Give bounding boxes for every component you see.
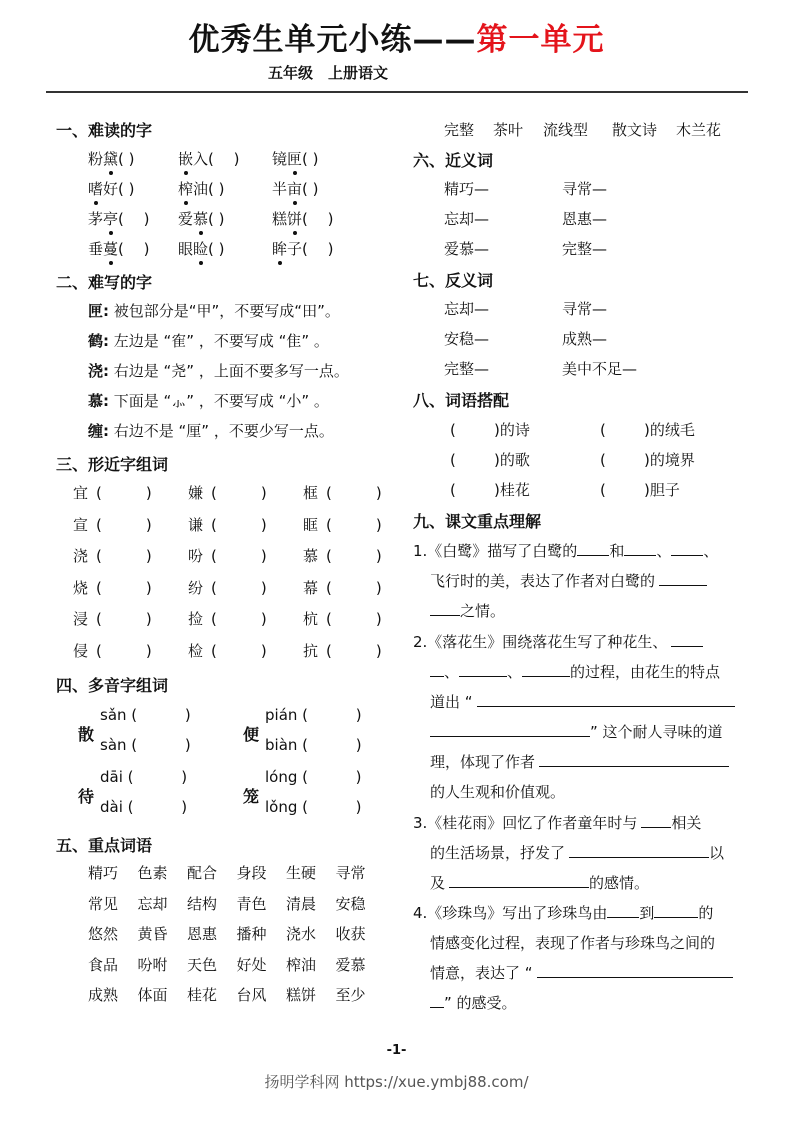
paren-close: ) (146, 516, 152, 534)
collocation-item: ( )胆子 (600, 479, 680, 500)
key-word: 黄昏 (138, 923, 168, 944)
marked-char: 榨 (178, 178, 193, 199)
question-3-line-2: 的生活场景，抒发了以 (430, 842, 724, 863)
pinyin: pián (265, 706, 297, 724)
q3-text: 3.《桂花雨》回忆了作者童年时与 (413, 814, 637, 832)
answer-paren[interactable]: ( ) (297, 768, 361, 786)
paren-open: ( (96, 579, 102, 597)
paren-close: ) (146, 547, 152, 565)
q1-text: 、 (656, 542, 671, 560)
answer-paren[interactable]: 子( ) (287, 240, 333, 258)
question-1-line-1: 1.《白鹭》描写了白鹭的和、、 (413, 540, 718, 561)
answer-paren[interactable]: ( ) (600, 421, 650, 439)
key-word: 木兰花 (676, 119, 721, 140)
marked-char: 匣 (287, 148, 302, 169)
q3-text: 以 (709, 844, 724, 862)
similar-char: 眶 (303, 516, 318, 534)
q4-text: 到 (639, 904, 654, 922)
polyphone-char: 笼 (243, 784, 259, 807)
paren-close: ) (261, 579, 267, 597)
word-text: 半 (272, 180, 287, 198)
collocation-item: ( )的诗 (450, 419, 530, 440)
marked-char: 睑 (193, 238, 208, 259)
marked-char: 饼 (287, 208, 302, 229)
section-8-heading: 八、词语搭配 (413, 388, 509, 411)
q4-text: 情意，表达了 “ (430, 964, 533, 982)
q1-text: 、 (703, 542, 718, 560)
answer-paren[interactable]: ( ) (123, 798, 187, 816)
paren-open: ( (211, 642, 217, 660)
collocation-item: ( )的绒毛 (600, 419, 695, 440)
answer-paren[interactable]: ( ) (297, 706, 361, 724)
similar-char-item: 杭() (303, 608, 382, 629)
note-text: 左边是 “隺” ，不要写成 “隹” 。 (109, 332, 329, 350)
answer-paren[interactable]: 油( ) (193, 180, 224, 198)
similar-char-item: 抗() (303, 640, 382, 661)
key-word: 食品 (88, 954, 118, 975)
q4-text: ” 的感受。 (444, 994, 517, 1012)
reading-item: pián ( ) (265, 706, 362, 724)
header-divider (46, 91, 748, 93)
marked-char: 蔓 (103, 238, 118, 259)
answer-blank[interactable] (654, 902, 698, 918)
q2-text: ” 这个耐人寻味的道 (590, 723, 723, 741)
title-unit: 第一单元 (477, 22, 605, 58)
similar-char-item: 慕() (303, 545, 382, 566)
reading-item: sǎn ( ) (100, 706, 191, 724)
similar-char-item: 嫌() (188, 482, 267, 503)
note-char: 缠: (88, 422, 109, 440)
paren-open: ( (326, 610, 332, 628)
similar-char: 侵 (73, 642, 88, 660)
question-1-line-2: 飞行时的美，表达了作者对白鹭的 (430, 570, 707, 591)
question-2-line-2: 、、的过程，由花生的特点 (430, 661, 720, 682)
key-word: 安稳 (336, 893, 366, 914)
key-word: 结构 (187, 893, 217, 914)
paren-open: ( (96, 516, 102, 534)
page-number: -1- (0, 1043, 793, 1058)
word-pair-item: 寻常— (562, 298, 607, 319)
section-4-heading: 四、多音字组词 (56, 673, 168, 696)
paren-open: ( (326, 547, 332, 565)
paren-open: ( (96, 484, 102, 502)
similar-char: 杭 (303, 610, 318, 628)
q3-text: 及 (430, 874, 445, 892)
answer-paren[interactable]: ( ) (302, 180, 318, 198)
similar-char-item: 宜() (73, 482, 152, 503)
q4-text: 的 (698, 904, 713, 922)
word-text: 糕 (272, 210, 287, 228)
pinyin: sàn (100, 736, 127, 754)
word-pair-item: 恩惠— (562, 208, 607, 229)
q2-text: 理，体现了作者 (430, 753, 535, 771)
pinyin: lǒng (265, 798, 297, 816)
question-2-line-1: 2.《落花生》围绕落花生写了种花生、 (413, 631, 703, 652)
question-2-line-4: ” 这个耐人寻味的道 (430, 721, 723, 742)
similar-char-item: 检() (188, 640, 267, 661)
key-word: 茶叶 (493, 119, 523, 140)
key-word: 常见 (88, 893, 118, 914)
collocation-text: 桂花 (500, 481, 530, 499)
key-word: 青色 (237, 893, 267, 914)
word-item: 镜匣( ) (272, 148, 319, 169)
note-char: 浇: (88, 362, 109, 380)
similar-char-item: 框() (303, 482, 382, 503)
pinyin: lóng (265, 768, 297, 786)
note-line: 浇: 右边是 “尧” ，上面不要多写一点。 (88, 360, 349, 381)
note-text: 被包部分是“甲”，不要写成“田”。 (109, 302, 340, 320)
answer-paren[interactable]: ( ) (297, 798, 361, 816)
collocation-text: 胆子 (650, 481, 680, 499)
word-item: 眸子( ) (272, 238, 334, 259)
word-text: 垂 (88, 240, 103, 258)
pinyin: dāi (100, 768, 123, 786)
answer-blank[interactable] (477, 691, 735, 707)
word-item: 嵌入( ) (178, 148, 240, 169)
similar-char-item: 吩() (188, 545, 267, 566)
question-2-line-5: 理，体现了作者 (430, 751, 729, 772)
key-word: 吩咐 (138, 954, 168, 975)
answer-paren[interactable]: 好( ) (103, 180, 134, 198)
pinyin: sǎn (100, 706, 127, 724)
pinyin: dài (100, 798, 123, 816)
word-pair-item: 完整— (444, 358, 489, 379)
marked-char: 黛 (103, 148, 118, 169)
section-5-heading: 五、重点词语 (56, 833, 152, 856)
answer-blank[interactable] (577, 540, 609, 556)
similar-char: 框 (303, 484, 318, 502)
word-pair-item: 忘却— (444, 298, 489, 319)
note-text: 下面是 “⺗” ，不要写成 “小” 。 (109, 392, 329, 410)
similar-char-item: 眶() (303, 514, 382, 535)
q4-text: 4.《珍珠鸟》写出了珍珠鸟由 (413, 904, 607, 922)
polyphone-char: 散 (78, 722, 94, 745)
key-word: 精巧 (88, 862, 118, 883)
similar-char: 宣 (73, 516, 88, 534)
key-word: 收获 (336, 923, 366, 944)
similar-char-item: 浇() (73, 545, 152, 566)
answer-paren[interactable]: ( ) (450, 451, 500, 469)
key-word: 寻常 (336, 862, 366, 883)
paren-open: ( (326, 579, 332, 597)
paren-close: ) (376, 547, 382, 565)
paren-close: ) (376, 516, 382, 534)
key-word: 浇水 (286, 923, 316, 944)
paren-close: ) (261, 484, 267, 502)
marked-char: 慕 (193, 208, 208, 229)
q3-text: 相关 (671, 814, 701, 832)
word-item: 茅亭( ) (88, 208, 150, 229)
similar-char: 吩 (188, 547, 203, 565)
note-text: 右边不是 “厘” ，不要少写一点。 (109, 422, 334, 440)
paren-close: ) (146, 484, 152, 502)
similar-char-item: 捡() (188, 608, 267, 629)
q1-text: 和 (609, 542, 624, 560)
key-word: 好处 (237, 954, 267, 975)
key-word: 完整 (444, 119, 474, 140)
answer-blank[interactable] (537, 962, 733, 978)
reading-item: dāi ( ) (100, 768, 187, 786)
key-word: 台风 (237, 984, 267, 1005)
similar-char-item: 烧() (73, 577, 152, 598)
collocation-text: 的歌 (500, 451, 530, 469)
question-4-line-3: 情意，表达了 “ (430, 962, 733, 983)
page-title: 优秀生单元小练——第一单元 (0, 14, 793, 59)
note-char: 鹤: (88, 332, 109, 350)
note-text: 右边是 “尧” ，上面不要多写一点。 (109, 362, 349, 380)
answer-blank[interactable] (430, 992, 444, 1008)
key-word: 恩惠 (187, 923, 217, 944)
question-3-line-1: 3.《桂花雨》回忆了作者童年时与相关 (413, 812, 701, 833)
paren-open: ( (96, 642, 102, 660)
paren-close: ) (376, 642, 382, 660)
paren-close: ) (261, 516, 267, 534)
key-word: 清晨 (286, 893, 316, 914)
section-3-heading: 三、形近字组词 (56, 452, 168, 475)
paren-close: ) (376, 484, 382, 502)
q2-text: 、 (507, 663, 522, 681)
answer-paren[interactable]: ( ) (118, 150, 134, 168)
paren-close: ) (261, 610, 267, 628)
paren-close: ) (376, 579, 382, 597)
question-2-line-6: 的人生观和价值观。 (430, 781, 565, 802)
key-word: 榨油 (286, 954, 316, 975)
key-word: 播种 (237, 923, 267, 944)
q3-text: 的生活场景，抒发了 (430, 844, 565, 862)
key-word: 成熟 (88, 984, 118, 1005)
collocation-text: 的境界 (650, 451, 695, 469)
note-char: 匣: (88, 302, 109, 320)
answer-paren[interactable]: 入( ) (193, 150, 239, 168)
similar-char: 幕 (303, 579, 318, 597)
similar-char: 抗 (303, 642, 318, 660)
word-pair-item: 完整— (562, 238, 607, 259)
question-4-line-1: 4.《珍珠鸟》写出了珍珠鸟由到的 (413, 902, 713, 923)
answer-blank[interactable] (569, 842, 709, 858)
marked-char: 亩 (287, 178, 302, 199)
key-word: 天色 (187, 954, 217, 975)
answer-paren[interactable]: ( ) (600, 481, 650, 499)
similar-char-item: 谦() (188, 514, 267, 535)
q4-text: 情感变化过程，表现了作者与珍珠鸟之间的 (430, 934, 715, 952)
question-4-line-4: ” 的感受。 (430, 992, 517, 1013)
word-item: 榨油( ) (178, 178, 225, 199)
word-text: 镜 (272, 150, 287, 168)
key-word: 身段 (237, 862, 267, 883)
key-word: 悠然 (88, 923, 118, 944)
paren-close: ) (146, 610, 152, 628)
page-subtitle: 五年级 上册语文 (268, 62, 388, 83)
word-item: 粉黛( ) (88, 148, 135, 169)
pinyin: biàn (265, 736, 297, 754)
site-watermark: 扬明学科网 https://xue.ymbj88.com/ (0, 1071, 793, 1092)
answer-blank[interactable] (607, 902, 639, 918)
collocation-item: ( )的歌 (450, 449, 530, 470)
key-word: 体面 (138, 984, 168, 1005)
answer-blank[interactable] (671, 540, 703, 556)
question-3-line-3: 及的感情。 (430, 872, 649, 893)
answer-blank[interactable] (624, 540, 656, 556)
collocation-text: 的绒毛 (650, 421, 695, 439)
paren-open: ( (96, 610, 102, 628)
marked-char: 眸 (272, 238, 287, 259)
similar-char-item: 宣() (73, 514, 152, 535)
word-item: 嗜好( ) (88, 178, 135, 199)
q1-text: 飞行时的美，表达了作者对白鹭的 (430, 572, 655, 590)
section-6-heading: 六、近义词 (413, 148, 493, 171)
word-pair-item: 寻常— (562, 178, 607, 199)
similar-char: 检 (188, 642, 203, 660)
paren-open: ( (211, 547, 217, 565)
note-line: 慕: 下面是 “⺗” ，不要写成 “小” 。 (88, 390, 329, 411)
key-word: 散文诗 (612, 119, 657, 140)
word-item: 半亩( ) (272, 178, 319, 199)
paren-open: ( (326, 484, 332, 502)
key-word: 忘却 (138, 893, 168, 914)
reading-item: sàn ( ) (100, 736, 191, 754)
paren-open: ( (326, 516, 332, 534)
answer-paren[interactable]: ( ) (123, 768, 187, 786)
paren-open: ( (211, 610, 217, 628)
marked-char: 嵌 (178, 148, 193, 169)
note-char: 慕: (88, 392, 109, 410)
similar-char: 宜 (73, 484, 88, 502)
key-word: 配合 (187, 862, 217, 883)
similar-char-item: 浸() (73, 608, 152, 629)
collocation-text: 的诗 (500, 421, 530, 439)
section-1-heading: 一、难读的字 (56, 118, 152, 141)
key-word: 爱慕 (336, 954, 366, 975)
similar-char: 纷 (188, 579, 203, 597)
answer-paren[interactable]: ( ) (127, 736, 191, 754)
similar-char: 浇 (73, 547, 88, 565)
similar-char: 谦 (188, 516, 203, 534)
word-pair-item: 爱慕— (444, 238, 489, 259)
q2-text: 道出 “ (430, 693, 473, 711)
paren-open: ( (96, 547, 102, 565)
answer-paren[interactable]: ( ) (450, 421, 500, 439)
answer-blank[interactable] (430, 661, 444, 677)
section-2-heading: 二、难写的字 (56, 270, 152, 293)
answer-paren[interactable]: ( ) (208, 210, 224, 228)
question-1-line-3: 之情。 (430, 600, 505, 621)
marked-char: 嗜 (88, 178, 103, 199)
key-word: 至少 (336, 984, 366, 1005)
similar-char: 浸 (73, 610, 88, 628)
answer-blank[interactable] (671, 631, 703, 647)
answer-blank[interactable] (430, 600, 460, 616)
reading-item: lǒng ( ) (265, 798, 362, 816)
answer-paren[interactable]: ( ) (450, 481, 500, 499)
polyphone-char: 待 (78, 784, 94, 807)
key-word: 桂花 (187, 984, 217, 1005)
q2-text: 、 (444, 663, 459, 681)
answer-blank[interactable] (459, 661, 507, 677)
answer-blank[interactable] (430, 721, 590, 737)
reading-item: biàn ( ) (265, 736, 362, 754)
answer-paren[interactable]: ( ) (297, 736, 361, 754)
note-line: 匣: 被包部分是“甲”，不要写成“田”。 (88, 300, 340, 321)
reading-item: dài ( ) (100, 798, 187, 816)
key-word: 流线型 (543, 119, 588, 140)
paren-open: ( (211, 484, 217, 502)
note-line: 缠: 右边不是 “厘” ，不要少写一点。 (88, 420, 334, 441)
answer-paren[interactable]: ( ) (127, 706, 191, 724)
answer-paren[interactable]: ( ) (600, 451, 650, 469)
question-2-line-3: 道出 “ (430, 691, 735, 712)
word-item: 爱慕( ) (178, 208, 225, 229)
word-item: 糕饼( ) (272, 208, 334, 229)
paren-open: ( (211, 516, 217, 534)
similar-char: 烧 (73, 579, 88, 597)
question-4-line-2: 情感变化过程，表现了作者与珍珠鸟之间的 (430, 932, 715, 953)
section-9-heading: 九、课文重点理解 (413, 509, 541, 532)
paren-close: ) (261, 547, 267, 565)
key-word: 色素 (138, 862, 168, 883)
paren-open: ( (211, 579, 217, 597)
paren-close: ) (146, 642, 152, 660)
paren-close: ) (146, 579, 152, 597)
section-7-heading: 七、反义词 (413, 268, 493, 291)
similar-char-item: 纷() (188, 577, 267, 598)
word-pair-item: 精巧— (444, 178, 489, 199)
word-text: 茅 (88, 210, 103, 228)
word-item: 垂蔓( ) (88, 238, 150, 259)
q2-text: 2.《落花生》围绕落花生写了种花生、 (413, 633, 667, 651)
q1-text: 之情。 (460, 602, 505, 620)
q2-text: 的过程，由花生的特点 (570, 663, 720, 681)
paren-open: ( (326, 642, 332, 660)
answer-paren[interactable]: ( ) (302, 210, 333, 228)
similar-char: 慕 (303, 547, 318, 565)
word-pair-item: 安稳— (444, 328, 489, 349)
similar-char-item: 侵() (73, 640, 152, 661)
q1-text: 1.《白鹭》描写了白鹭的 (413, 542, 577, 560)
answer-blank[interactable] (449, 872, 589, 888)
answer-blank[interactable] (641, 812, 671, 828)
answer-blank[interactable] (659, 570, 707, 586)
q3-text: 的感情。 (589, 874, 649, 892)
word-item: 眼睑( ) (178, 238, 225, 259)
word-text: 爱 (178, 210, 193, 228)
answer-paren[interactable]: ( ) (208, 240, 224, 258)
similar-char: 嫌 (188, 484, 203, 502)
marked-char: 亭 (103, 208, 118, 229)
note-line: 鹤: 左边是 “隺” ，不要写成 “隹” 。 (88, 330, 329, 351)
answer-blank[interactable] (539, 751, 729, 767)
reading-item: lóng ( ) (265, 768, 362, 786)
word-text: 粉 (88, 150, 103, 168)
word-text: 眼 (178, 240, 193, 258)
paren-close: ) (376, 610, 382, 628)
similar-char: 捡 (188, 610, 203, 628)
answer-blank[interactable] (522, 661, 570, 677)
collocation-item: ( )的境界 (600, 449, 695, 470)
similar-char-item: 幕() (303, 577, 382, 598)
word-pair-item: 忘却— (444, 208, 489, 229)
collocation-item: ( )桂花 (450, 479, 530, 500)
paren-close: ) (261, 642, 267, 660)
title-main: 优秀生单元小练—— (189, 22, 477, 58)
key-word: 糕饼 (286, 984, 316, 1005)
q2-text: 的人生观和价值观。 (430, 783, 565, 801)
word-pair-item: 美中不足— (562, 358, 637, 379)
polyphone-char: 便 (243, 722, 259, 745)
key-word: 生硬 (286, 862, 316, 883)
answer-paren[interactable]: ( ) (118, 240, 149, 258)
answer-paren[interactable]: ( ) (118, 210, 149, 228)
answer-paren[interactable]: ( ) (302, 150, 318, 168)
